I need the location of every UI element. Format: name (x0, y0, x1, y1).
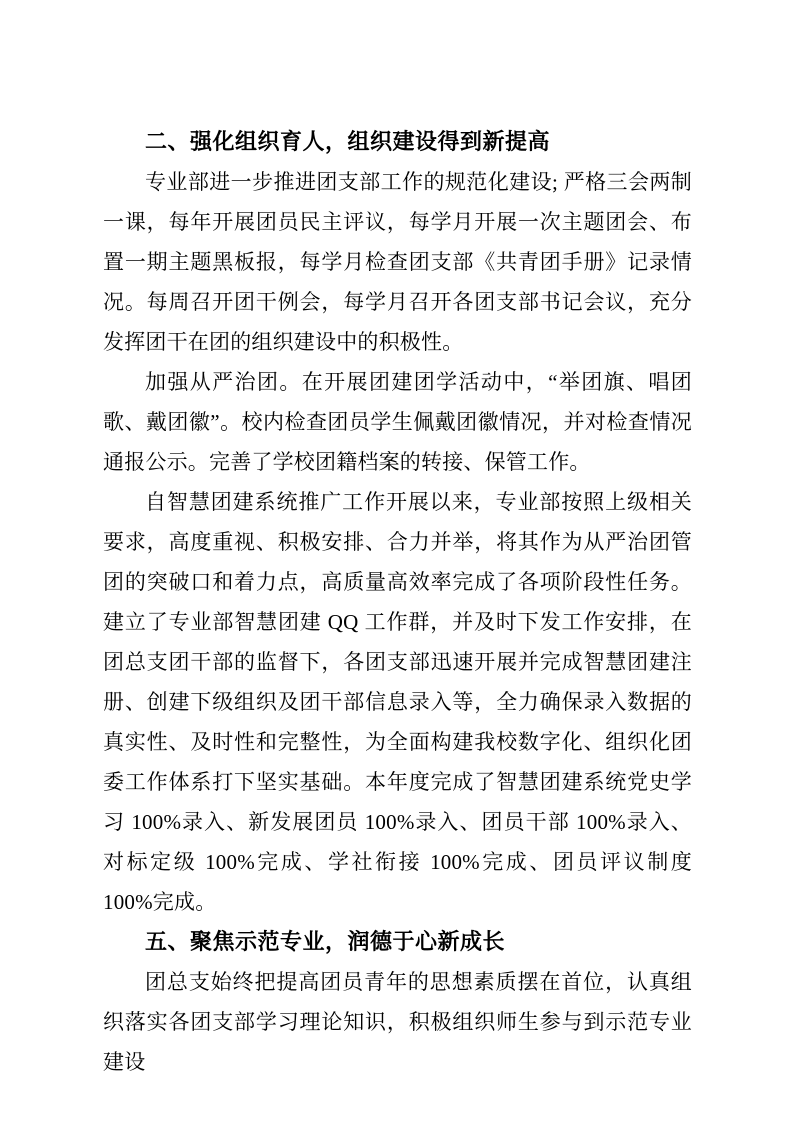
document-page: 二、强化组织育人，组织建设得到新提高 专业部进一步推进团支部工作的规范化建设; … (0, 0, 793, 1122)
document-content: 二、强化组织育人，组织建设得到新提高 专业部进一步推进团支部工作的规范化建设; … (103, 122, 692, 1082)
paragraph: 加强从严治团。在开展团建团学活动中，“举团旗、唱团歌、戴团徽”。校内检查团员学生… (103, 362, 692, 482)
section-model-major: 五、聚焦示范专业，润德于心新成长 团总支始终把提高团员青年的思想素质摆在首位，认… (103, 922, 692, 1082)
section-organization-building: 二、强化组织育人，组织建设得到新提高 专业部进一步推进团支部工作的规范化建设; … (103, 122, 692, 922)
section-heading: 二、强化组织育人，组织建设得到新提高 (103, 122, 692, 162)
paragraph: 自智慧团建系统推广工作开展以来，专业部按照上级相关要求，高度重视、积极安排、合力… (103, 482, 692, 922)
paragraph: 专业部进一步推进团支部工作的规范化建设; 严格三会两制一课，每年开展团员民主评议… (103, 162, 692, 362)
section-heading: 五、聚焦示范专业，润德于心新成长 (103, 922, 692, 962)
paragraph: 团总支始终把提高团员青年的思想素质摆在首位，认真组织落实各团支部学习理论知识，积… (103, 962, 692, 1082)
